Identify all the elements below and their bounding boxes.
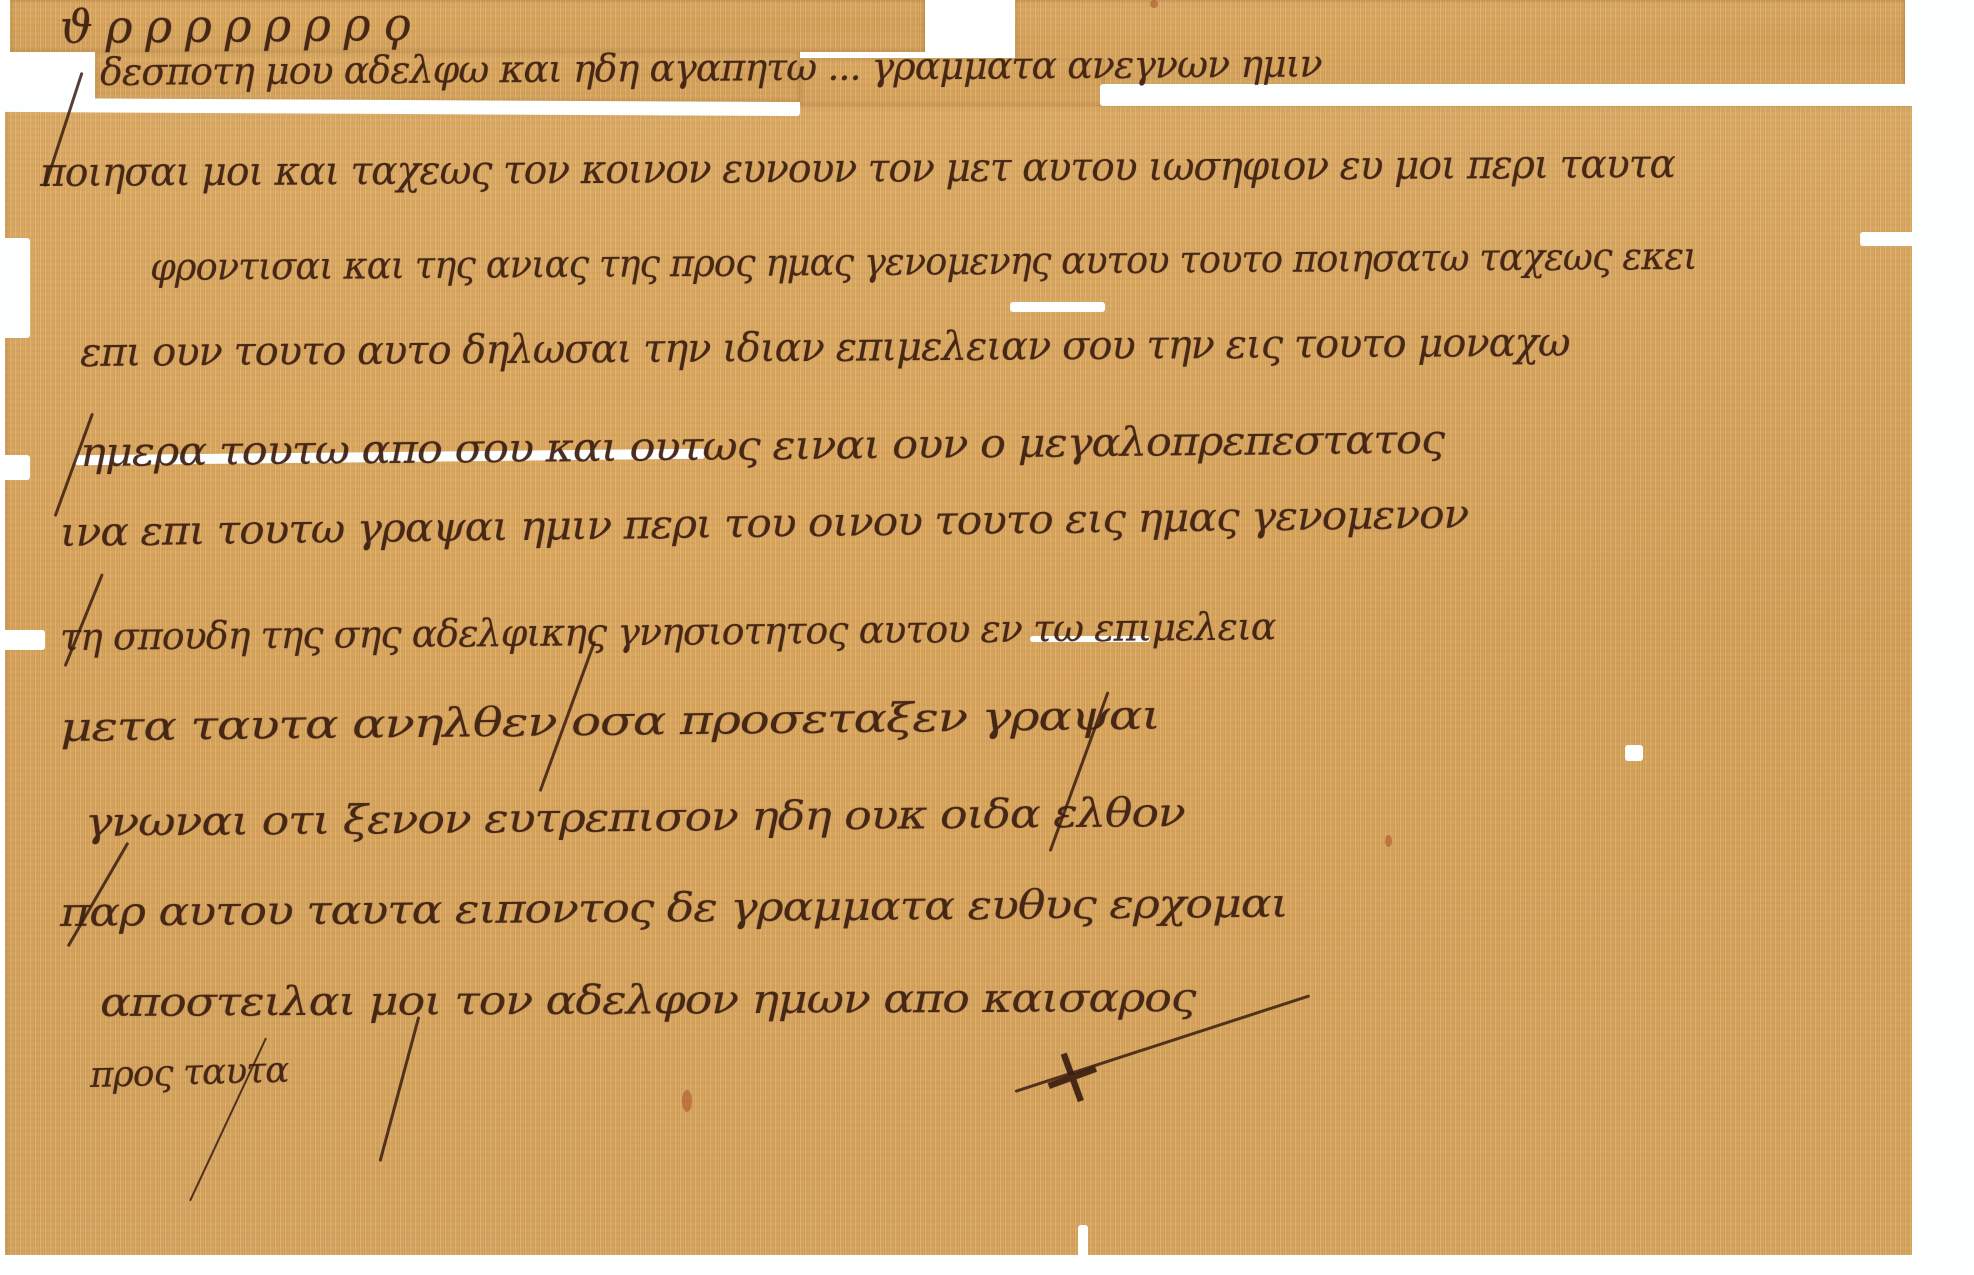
- text-line-3: ποιησαι μοι και ταχεως τον κοινον ευνουν…: [40, 141, 1675, 196]
- tear-horizontal-4: [0, 238, 30, 338]
- tear-bottom-edge: [0, 1255, 1974, 1275]
- text-line-11: παρ αυτου ταυτα ειποντος δε γραμματα ευθ…: [60, 881, 1288, 936]
- tear-horizontal-6: [1010, 302, 1105, 312]
- text-line-12: αποστειλαι μοι τον αδελφον ημων απο καισ…: [100, 975, 1196, 1026]
- ink-stain: [1385, 835, 1392, 847]
- tear-horizontal-7: [0, 455, 30, 480]
- tear-horizontal-2: [1100, 84, 1960, 106]
- tear-horizontal-9: [0, 630, 45, 650]
- ink-stain: [1150, 0, 1158, 8]
- tear-hole-1: [1625, 745, 1643, 761]
- tear-right-margin: [1912, 0, 1974, 1275]
- text-line-2: δεσποτη μου αδελφω και ηδη αγαπητω ... γ…: [100, 41, 1322, 94]
- ink-stain: [682, 1090, 692, 1112]
- text-line-13: προς ταυτα: [89, 1050, 288, 1096]
- text-line-1: ϑ ρ ρ ρ ρ ρ ρ ρ ϙ: [60, 0, 410, 54]
